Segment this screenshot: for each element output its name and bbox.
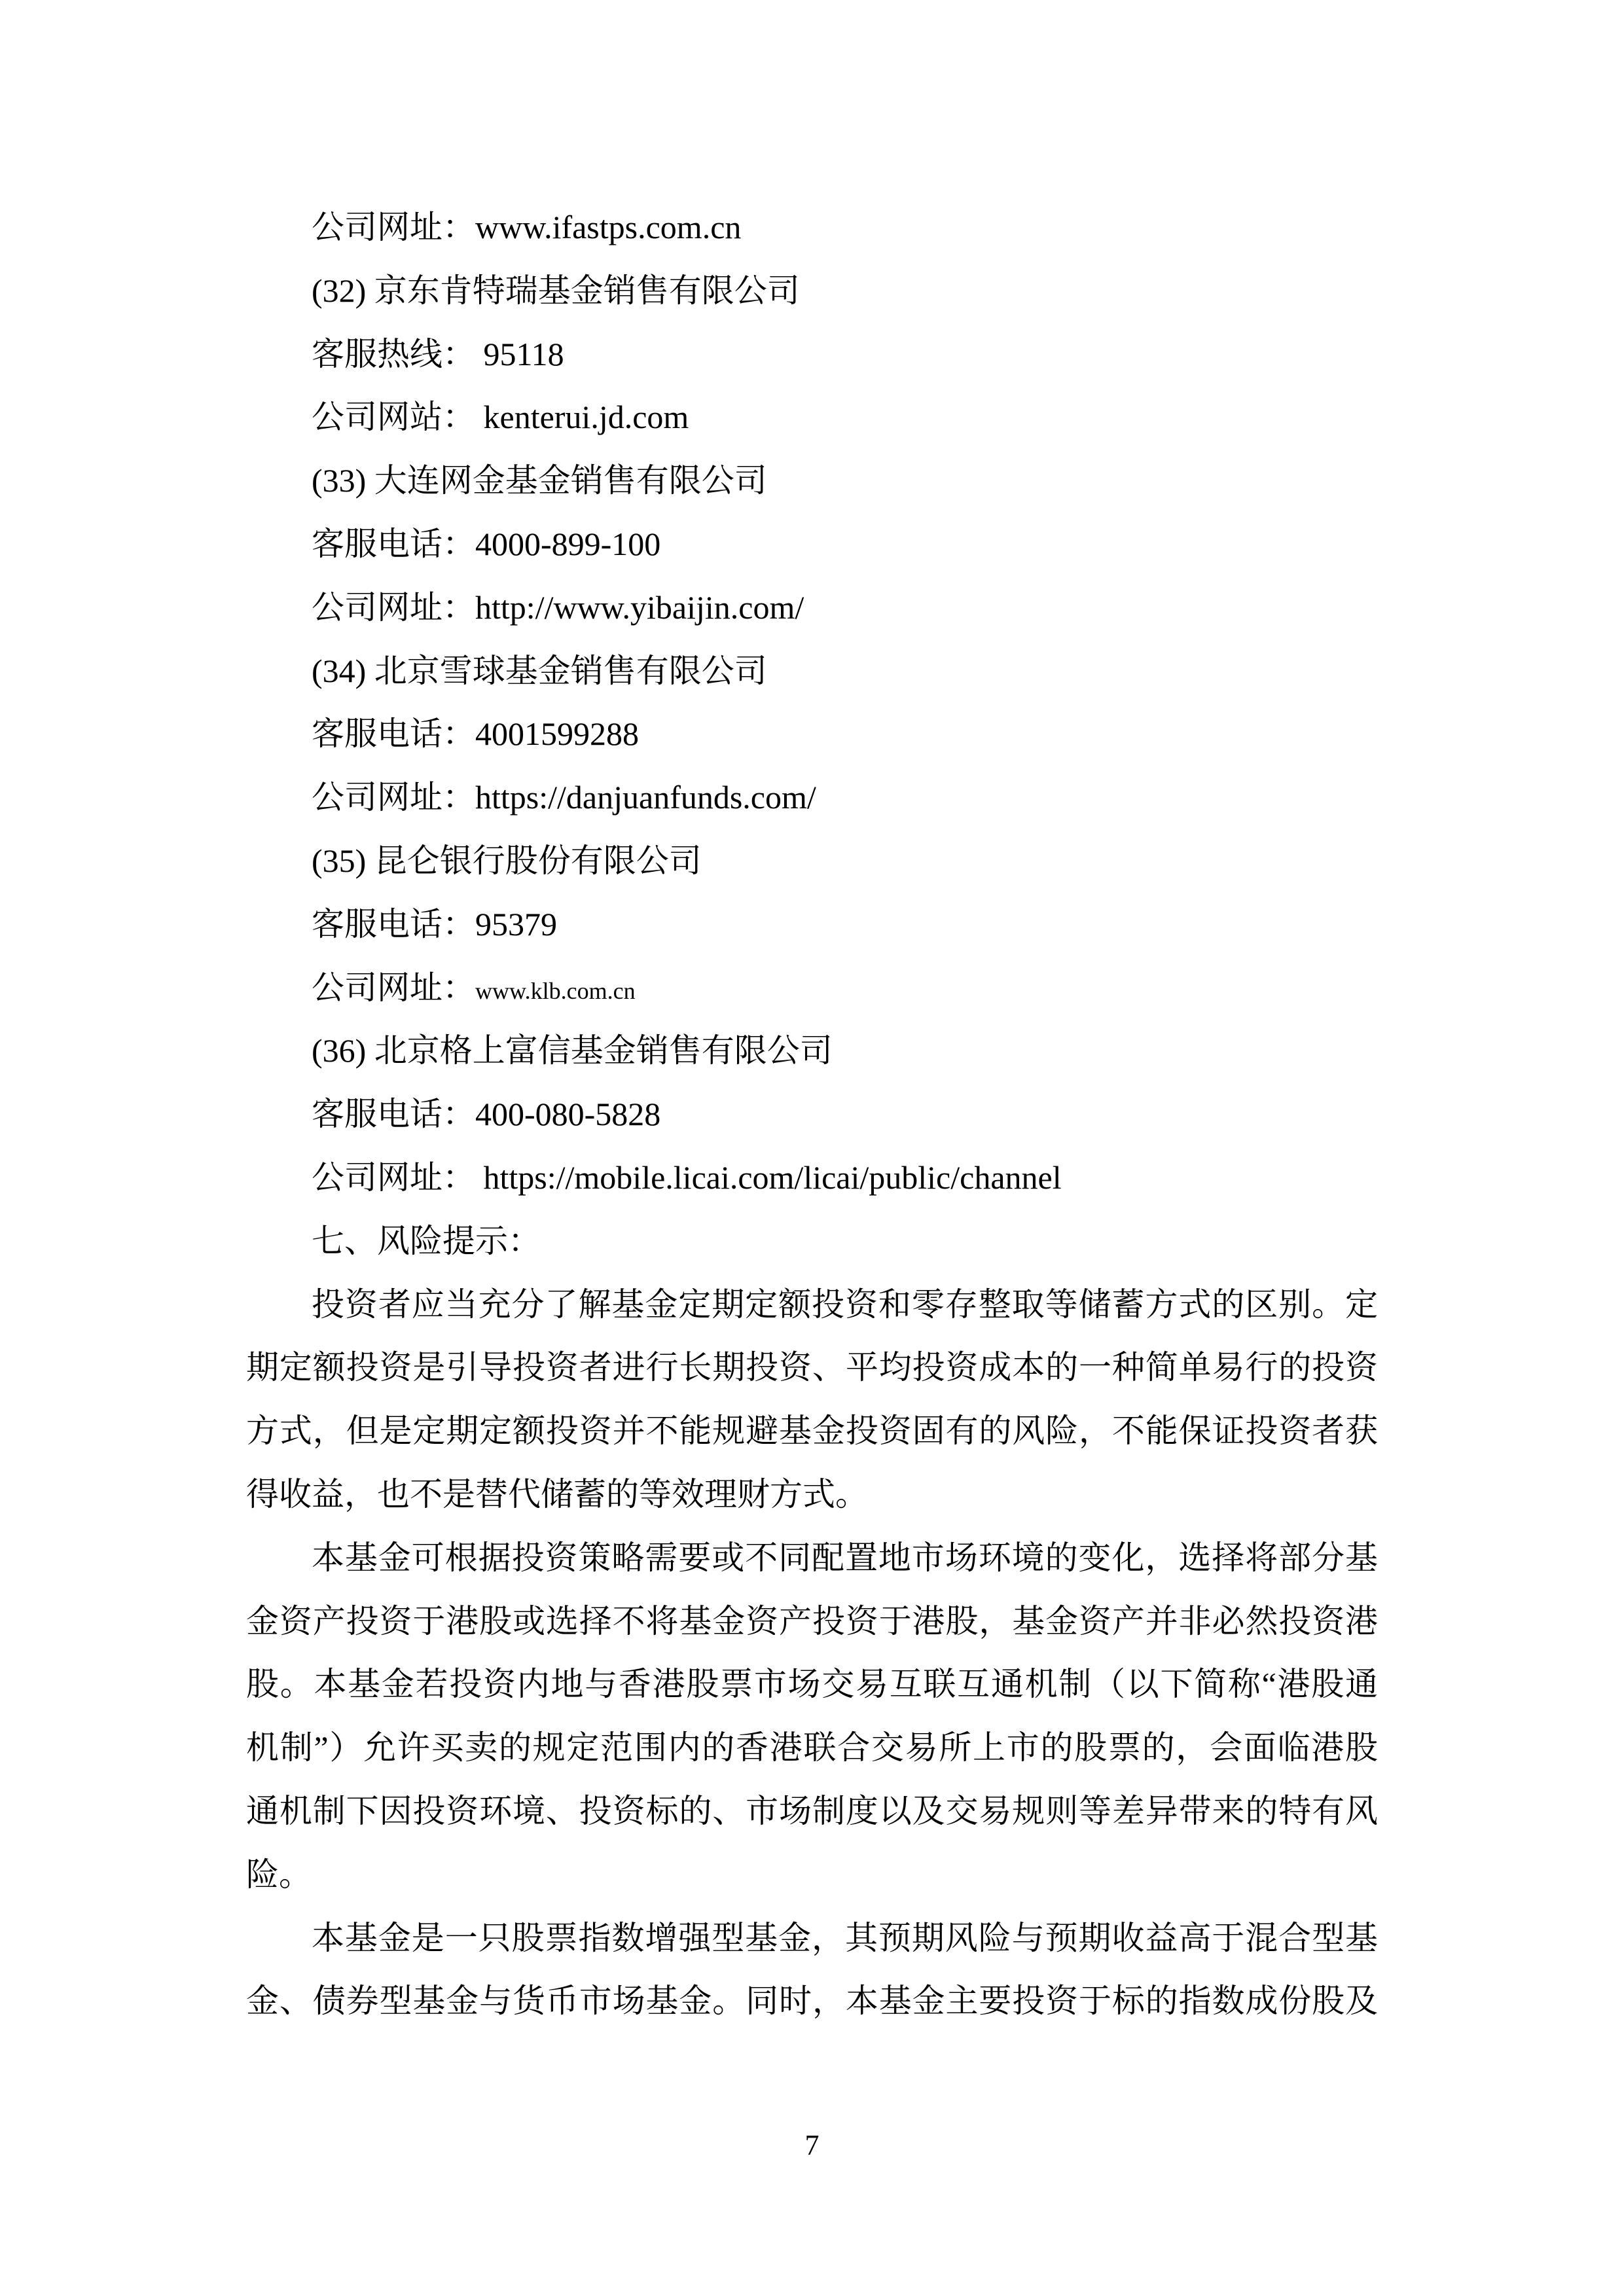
risk-section-heading: 七、风险提示： [246,1210,1378,1273]
paragraph-line: 险。 [246,1843,1378,1907]
contact-line: (36) 北京格上富信基金销售有限公司 [246,1019,1378,1083]
paragraph-line: 得收益，也不是替代储蓄的等效理财方式。 [246,1463,1378,1526]
url-small-text: www.klb.com.cn [475,978,636,1004]
contact-line: 客服电话：400-080-5828 [246,1083,1378,1146]
contact-line: (34) 北京雪球基金销售有限公司 [246,639,1378,703]
contact-line: 公司网址：www.ifastps.com.cn [246,196,1378,259]
contact-line: 公司网站： kenterui.jd.com [246,386,1378,449]
paragraph-line: 本基金是一只股票指数增强型基金，其预期风险与预期收益高于混合型基 [246,1907,1378,1970]
contact-line: 公司网址：www.klb.com.cn [246,956,1378,1020]
paragraph-line: 本基金可根据投资策略需要或不同配置地市场环境的变化，选择将部分基 [246,1526,1378,1590]
contact-line: 客服电话：4000-899-100 [246,512,1378,576]
contact-line: 公司网址：https://danjuanfunds.com/ [246,766,1378,829]
contact-line: (35) 昆仑银行股份有限公司 [246,829,1378,893]
paragraph-line: 股。本基金若投资内地与香港股票市场交易互联互通机制（以下简称“港股通 [246,1653,1378,1716]
contact-line: 客服电话：4001599288 [246,702,1378,766]
page-number: 7 [0,2126,1624,2165]
paragraph-line: 机制”）允许买卖的规定范围内的香港联合交易所上市的股票的，会面临港股 [246,1716,1378,1780]
paragraph-line: 期定额投资是引导投资者进行长期投资、平均投资成本的一种简单易行的投资 [246,1336,1378,1399]
paragraph-line: 金、债券型基金与货币市场基金。同时，本基金主要投资于标的指数成份股及 [246,1969,1378,2033]
contact-line: 公司网址：http://www.yibaijin.com/ [246,576,1378,639]
url-label: 公司网址： [312,969,475,1006]
contact-line: (32) 京东肯特瑞基金销售有限公司 [246,259,1378,323]
paragraph-line: 金资产投资于港股或选择不将基金资产投资于港股，基金资产并非必然投资港 [246,1590,1378,1653]
paragraph-line: 通机制下因投资环境、投资标的、市场制度以及交易规则等差异带来的特有风 [246,1780,1378,1843]
paragraph-line: 投资者应当充分了解基金定期定额投资和零存整取等储蓄方式的区别。定 [246,1273,1378,1336]
contact-line: 客服电话：95379 [246,893,1378,956]
contact-line: 公司网址： https://mobile.licai.com/licai/pub… [246,1146,1378,1210]
contact-line: 客服热线： 95118 [246,323,1378,386]
paragraph-line: 方式，但是定期定额投资并不能规避基金投资固有的风险，不能保证投资者获 [246,1399,1378,1463]
contact-line: (33) 大连网金基金销售有限公司 [246,449,1378,512]
document-page: 公司网址：www.ifastps.com.cn (32) 京东肯特瑞基金销售有限… [0,0,1624,2296]
